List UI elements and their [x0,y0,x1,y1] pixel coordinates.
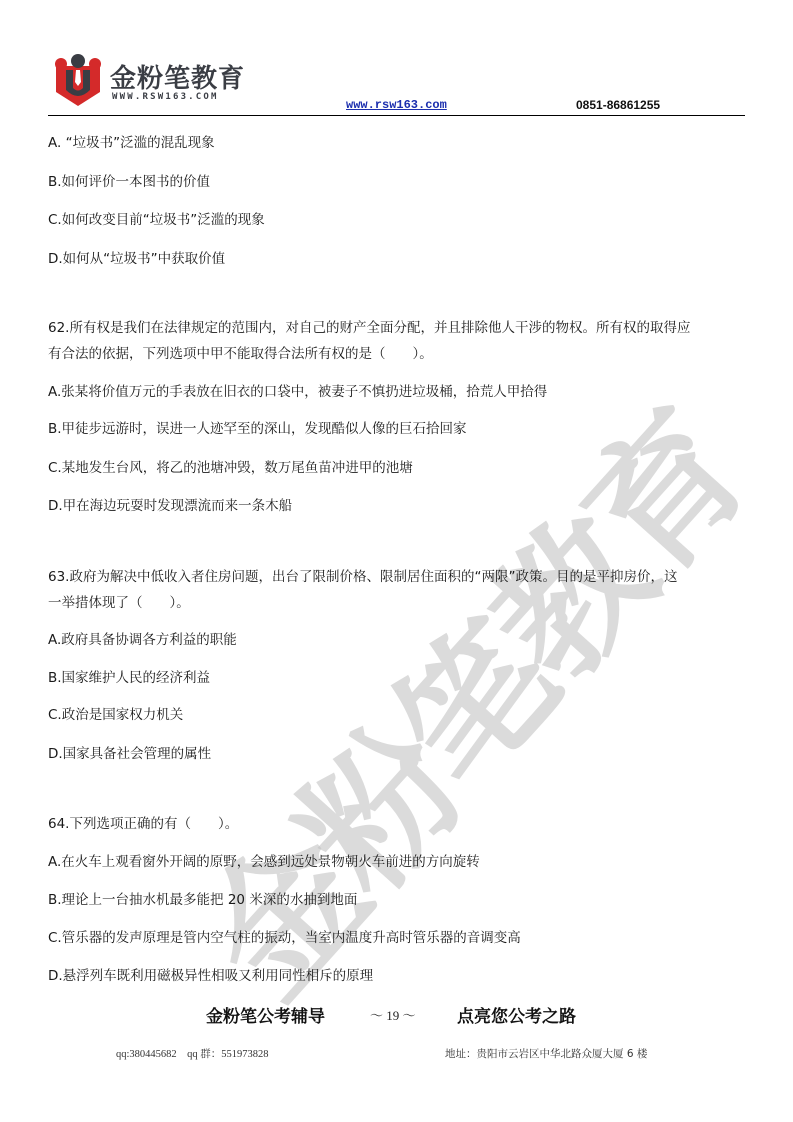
logo-icon [52,52,104,108]
page-header: 金粉笔教育 WWW.RSW163.COM www.rsw163.com 0851… [48,48,745,116]
phone-number: 0851-86861255 [576,98,660,112]
footer-slogan-right: 点亮您公考之路 [457,1002,576,1027]
footer-qq: qq:380445682 qq 群：551973828 [116,1046,269,1061]
q64-option-d: D.悬浮列车既利用磁极异性相吸又利用同性相斥的原理 [48,967,373,985]
q62-option-d: D.甲在海边玩耍时发现漂流而来一条木船 [48,497,292,515]
q61-option-c: C.如何改变目前“垃圾书”泛滥的现象 [48,211,265,229]
q64-stem: 64.下列选项正确的有（ ）。 [48,815,238,833]
q62-stem-line-1: 62.所有权是我们在法律规定的范围内，对自己的财产全面分配，并且排除他人干涉的物… [48,319,690,337]
q62-option-b: B.甲徒步远游时，误进一人迹罕至的深山，发现酷似人像的巨石拾回家 [48,420,467,438]
q62-stem-line-2: 有合法的依据，下列选项中甲不能取得合法所有权的是（ ）。 [48,345,433,363]
website-link[interactable]: www.rsw163.com [346,98,447,112]
q63-stem-line-2: 一举措体现了（ ）。 [48,594,190,612]
header-divider [48,115,745,116]
q63-stem-line-1: 63.政府为解决中低收入者住房问题，出台了限制价格、限制居住面积的“两限”政策。… [48,568,677,586]
q63-option-a: A.政府具备协调各方利益的职能 [48,631,237,649]
q64-option-a: A.在火车上观看窗外开阔的原野，会感到远处景物朝火车前进的方向旋转 [48,853,480,871]
logo-url: WWW.RSW163.COM [112,92,219,102]
q61-option-a: A. “垃圾书”泛滥的混乱现象 [48,134,215,152]
logo-text: 金粉笔教育 [110,58,245,95]
q61-option-d: D.如何从“垃圾书”中获取价值 [48,250,225,268]
footer-address: 地址：贵阳市云岩区中华北路众厦大厦 6 楼 [445,1046,647,1061]
q63-option-d: D.国家具备社会管理的属性 [48,745,211,763]
q62-option-c: C.某地发生台风，将乙的池塘冲毁，数万尾鱼苗冲进甲的池塘 [48,459,413,477]
footer-slogan-left: 金粉笔公考辅导 [206,1002,325,1027]
q64-option-b: B.理论上一台抽水机最多能把 20 米深的水抽到地面 [48,891,357,909]
q63-option-c: C.政治是国家权力机关 [48,706,183,724]
q63-option-b: B.国家维护人民的经济利益 [48,669,210,687]
q62-option-a: A.张某将价值万元的手表放在旧衣的口袋中，被妻子不慎扔进垃圾桶，拾荒人甲拾得 [48,383,547,401]
page-number: ～ 19 ～ [370,1005,416,1024]
q61-option-b: B.如何评价一本图书的价值 [48,173,210,191]
q64-option-c: C.管乐器的发声原理是管内空气柱的振动，当室内温度升高时管乐器的音调变高 [48,929,521,947]
